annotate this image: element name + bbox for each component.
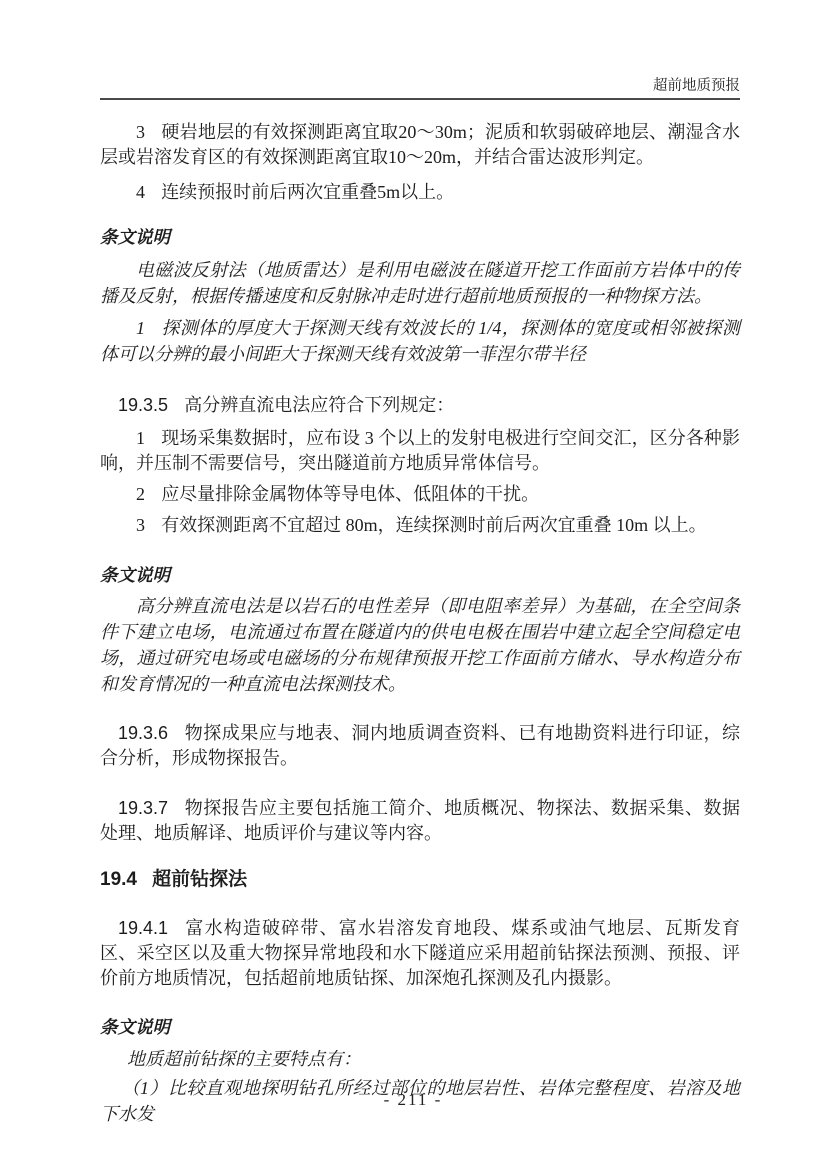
clause-number: 19.4.1 (118, 918, 168, 938)
clause-number: 19.3.6 (118, 723, 168, 743)
commentary-heading: 条文说明 (100, 225, 740, 250)
item-number: 3 (136, 122, 145, 142)
clause-19-4-1: 19.4.1富水构造破碎带、富水岩溶发育地段、煤系或油气地层、瓦斯发育区、采空区… (100, 916, 740, 991)
commentary-heading: 条文说明 (100, 1015, 740, 1040)
item-number: 1 (136, 428, 145, 448)
item-text: 现场采集数据时，应布设 3 个以上的发射电极进行空间交汇，区分各种影响，并压制不… (100, 428, 740, 473)
note-text: 高分辨直流电法是以岩石的电性差异（即电阻率差异）为基础，在全空间条件下建立电场，… (100, 596, 740, 694)
clause-text: 富水构造破碎带、富水岩溶发育地段、煤系或油气地层、瓦斯发育区、采空区以及重大物探… (100, 918, 740, 988)
commentary-item-1: 1探测体的厚度大于探测天线有效波长的 1/4，探测体的宽度或相邻被探测体可以分辨… (100, 315, 740, 367)
commentary-paragraph: 高分辨直流电法是以岩石的电性差异（即电阻率差异）为基础，在全空间条件下建立电场，… (100, 593, 740, 697)
page-number: - 211 - (384, 1090, 443, 1109)
commentary-paragraph: 电磁波反射法（地质雷达）是利用电磁波在隧道开挖工作面前方岩体中的传播及反射，根据… (100, 257, 740, 309)
item-number: 4 (136, 182, 145, 202)
item-text: 硬岩地层的有效探测距离宜取20～30m；泥质和软弱破碎地层、潮湿含水层或岩溶发育… (100, 122, 740, 167)
sub-item-1: 1现场采集数据时，应布设 3 个以上的发射电极进行空间交汇，区分各种影响，并压制… (100, 426, 740, 476)
sub-item-4-radar: 4连续预报时前后两次宜重叠5m以上。 (100, 180, 740, 205)
page-footer: - 211 - (0, 1090, 826, 1110)
clause-number: 19.3.7 (118, 798, 168, 818)
clause-19-3-6: 19.3.6物探成果应与地表、洞内地质调查资料、已有地勘资料进行印证，综合分析，… (100, 721, 740, 771)
note-text: 电磁波反射法（地质雷达）是利用电磁波在隧道开挖工作面前方岩体中的传播及反射，根据… (100, 260, 740, 306)
sub-item-3: 3有效探测距离不宜超过 80m，连续探测时前后两次宜重叠 10m 以上。 (100, 513, 740, 538)
running-title: 超前地质预报 (653, 78, 740, 94)
clause-text: 高分辨直流电法应符合下列规定： (184, 395, 454, 415)
clause-19-3-5: 19.3.5高分辨直流电法应符合下列规定： (100, 393, 740, 418)
heading-text: 条文说明 (100, 565, 170, 585)
note-text: 探测体的厚度大于探测天线有效波长的 1/4，探测体的宽度或相邻被探测体可以分辨的… (100, 318, 740, 364)
item-text: 有效探测距离不宜超过 80m，连续探测时前后两次宜重叠 10m 以上。 (161, 515, 707, 535)
clause-number: 19.3.5 (118, 395, 168, 415)
clause-text: 物探报告应主要包括施工简介、地质概况、物探法、数据采集、数据处理、地质解译、地质… (100, 798, 740, 843)
page-header: 超前地质预报 (100, 0, 740, 100)
clause-19-3-7: 19.3.7物探报告应主要包括施工简介、地质概况、物探法、数据采集、数据处理、地… (100, 796, 740, 846)
item-text: 应尽量排除金属物体等导电体、低阻体的干扰。 (161, 484, 539, 504)
document-content: 3硬岩地层的有效探测距离宜取20～30m；泥质和软弱破碎地层、潮湿含水层或岩溶发… (100, 120, 740, 1127)
commentary-paragraph: 地质超前钻探的主要特点有： (100, 1046, 740, 1072)
item-number: 2 (136, 484, 145, 504)
document-page: 超前地质预报 3硬岩地层的有效探测距离宜取20～30m；泥质和软弱破碎地层、潮湿… (0, 0, 826, 1169)
heading-text: 条文说明 (100, 1017, 170, 1037)
sub-item-2: 2应尽量排除金属物体等导电体、低阻体的干扰。 (100, 482, 740, 507)
note-text: 地质超前钻探的主要特点有： (127, 1049, 361, 1069)
section-number: 19.4 (100, 869, 137, 890)
item-text: 连续预报时前后两次宜重叠5m以上。 (161, 182, 454, 202)
commentary-heading: 条文说明 (100, 563, 740, 588)
item-number: 3 (136, 515, 145, 535)
sub-item-3-radar: 3硬岩地层的有效探测距离宜取20～30m；泥质和软弱破碎地层、潮湿含水层或岩溶发… (100, 120, 740, 170)
clause-text: 物探成果应与地表、洞内地质调查资料、已有地勘资料进行印证，综合分析，形成物探报告… (100, 723, 740, 768)
item-number: 1 (136, 318, 145, 338)
section-title: 超前钻探法 (152, 869, 247, 890)
heading-text: 条文说明 (100, 227, 170, 247)
section-heading-19-4: 19.4超前钻探法 (100, 867, 740, 892)
